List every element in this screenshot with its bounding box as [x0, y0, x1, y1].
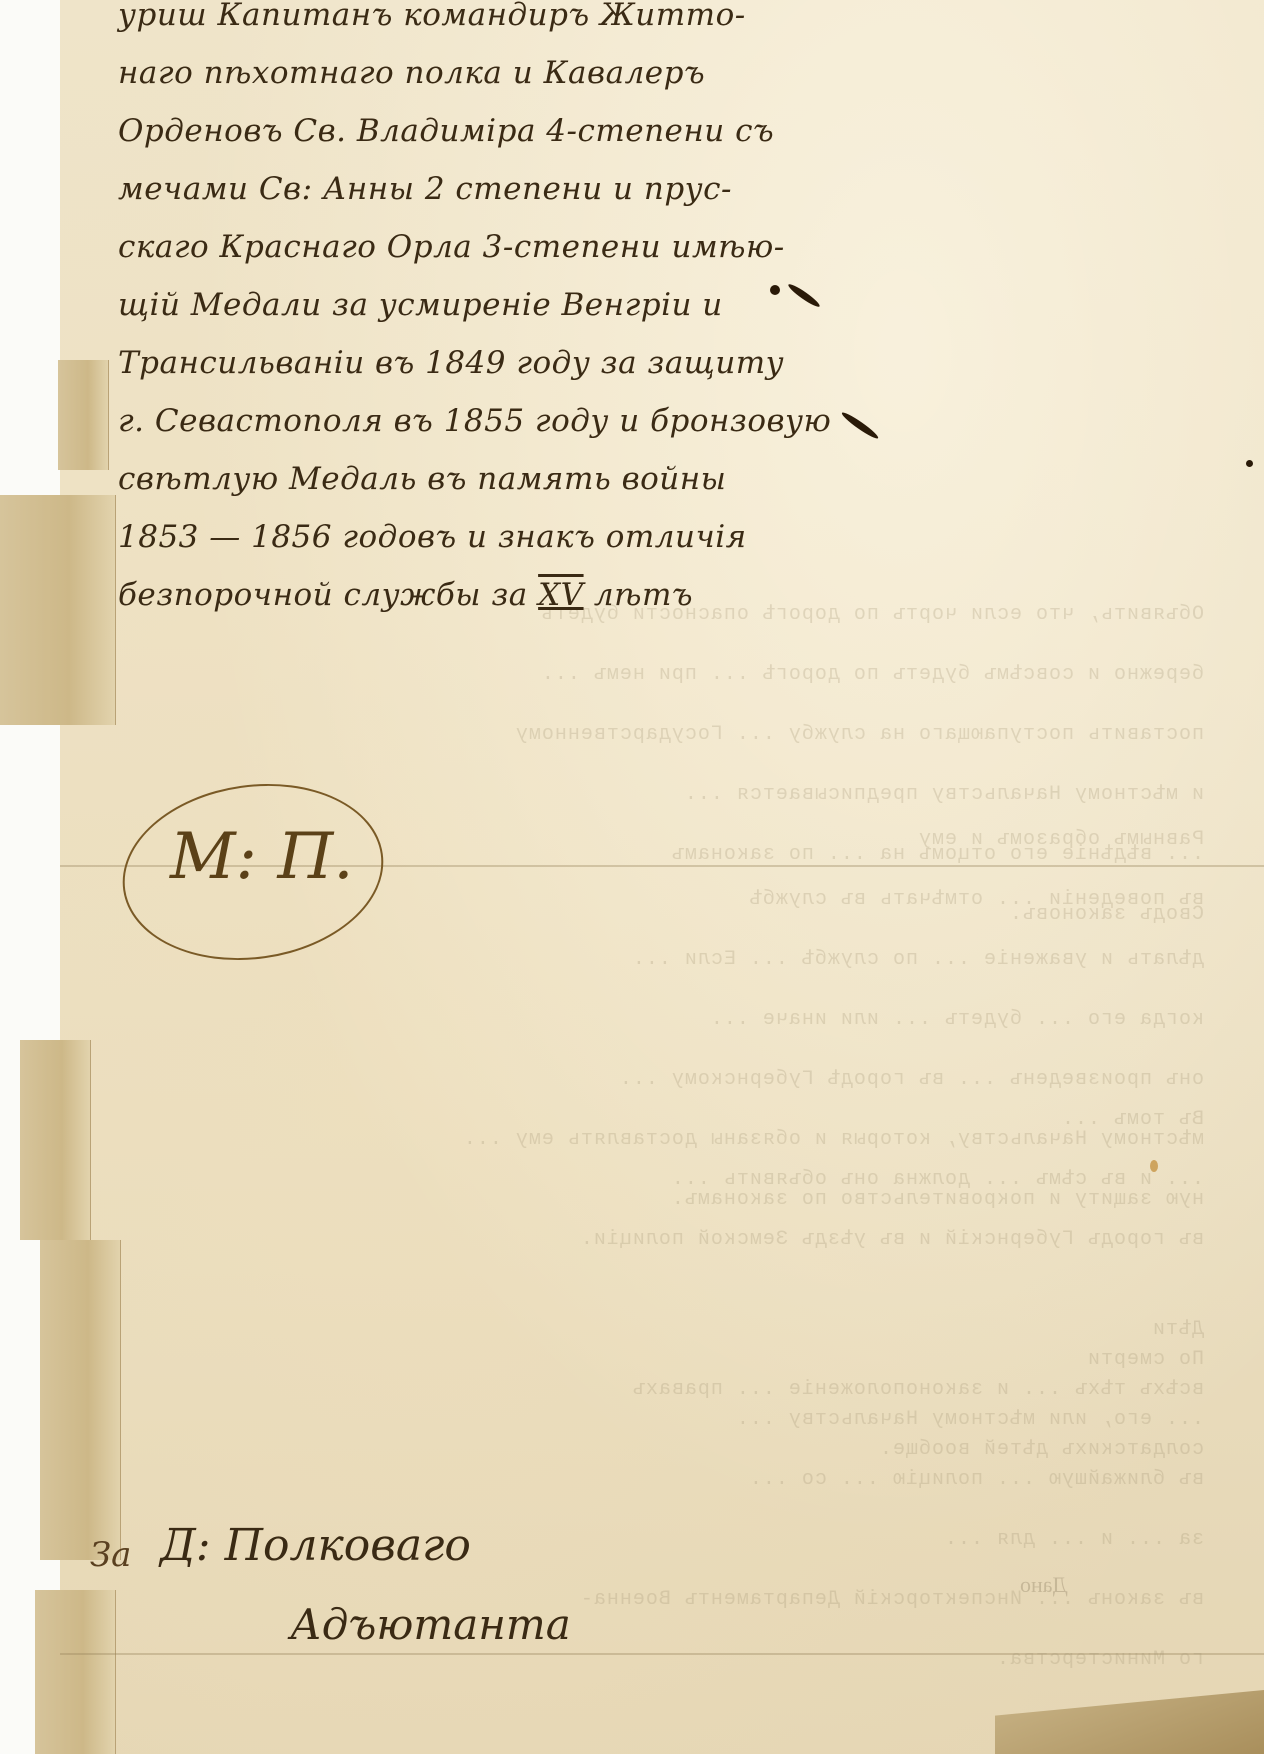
bleed-line: поставить поступающаго на службу ... Гос…	[515, 723, 1204, 746]
bleed-line: въ законъ ... Инспекторскій Департаментъ…	[580, 1588, 1204, 1611]
bleed-line: ... его, или мѣстному Начальству ...	[736, 1408, 1204, 1431]
handwritten-line: Орденовъ Св. Владиміра 4-степени съ	[118, 102, 798, 160]
torn-edge-fragment	[0, 495, 116, 725]
handwritten-line: щій Медали за усмиреніе Венгріи и	[118, 276, 798, 334]
signature-line-1: Д: Полковаго	[160, 1520, 471, 1571]
bleed-line: когда его ... будетъ ... или иначе ...	[710, 1008, 1204, 1031]
signature-initial: Д:	[160, 1520, 211, 1571]
handwritten-line-last: безпорочной службы за XV лѣтъ	[118, 566, 798, 624]
torn-edge-fragment	[20, 1040, 91, 1240]
stain-spot	[1150, 1160, 1158, 1172]
handwritten-line: Трансильваніи въ 1849 году за защиту	[118, 334, 798, 392]
handwritten-line: уриш Капитанъ командиръ Житто-	[118, 0, 798, 44]
bleed-line: дѣлать и уваженіе ... по службѣ ... Если…	[632, 948, 1204, 971]
bleed-line: По смерти	[1087, 1348, 1204, 1371]
bleed-line: въ городъ Губернскій и въ уѣздъ Земской …	[580, 1228, 1204, 1251]
bleed-line: бережно и совсѣмъ будетъ по дорогѣ ... п…	[541, 663, 1204, 686]
handwritten-fragment: безпорочной службы за	[118, 577, 528, 613]
roman-numeral-xv: XV	[538, 577, 583, 613]
bleed-line: Равнымъ образомъ и ему	[918, 828, 1204, 851]
handwritten-text: уриш Капитанъ командиръ Житто- наго пѣхо…	[118, 0, 798, 624]
bleed-line: ... и въ сѣмъ ... должна онъ объявить ..…	[671, 1168, 1204, 1191]
seal-label: М: П.	[170, 820, 354, 894]
handwritten-fragment: лѣтъ	[594, 577, 693, 613]
torn-edge-fragment	[58, 360, 109, 470]
signature-prefix: За	[90, 1535, 131, 1575]
bleed-line: въ поведеніи ... отмѣчать въ службѣ	[749, 888, 1204, 911]
ink-blot	[770, 285, 780, 295]
handwritten-line: 1853 — 1856 годовъ и знакъ отличія	[118, 508, 798, 566]
signature-line-2: Адъютанта	[290, 1600, 571, 1649]
bleed-line: за ... и ... для ...	[931, 1528, 1204, 1551]
bleed-line: Въ томъ ...	[1061, 1108, 1204, 1131]
handwritten-line: мечами Св: Анны 2 степени и прус-	[118, 160, 798, 218]
bleed-dano: Дано	[1020, 1572, 1068, 1598]
bleed-line: въ ближайшую ... полицію ... со ...	[749, 1468, 1204, 1491]
handwritten-line: г. Севастополя въ 1855 году и бронзовую	[118, 392, 798, 450]
bleed-line: го Министерства.	[996, 1648, 1204, 1671]
torn-edge-fragment	[40, 1240, 121, 1560]
torn-edge-fragment	[35, 1590, 116, 1754]
signature-title: Полковаго	[225, 1520, 471, 1571]
ink-blot	[1246, 460, 1253, 467]
handwritten-line: скаго Краснаго Орла 3-степени имѣю-	[118, 218, 798, 276]
handwritten-line: наго пѣхотнаго полка и Кавалеръ	[118, 44, 798, 102]
handwritten-line: свѣтлую Медаль въ память войны	[118, 450, 798, 508]
